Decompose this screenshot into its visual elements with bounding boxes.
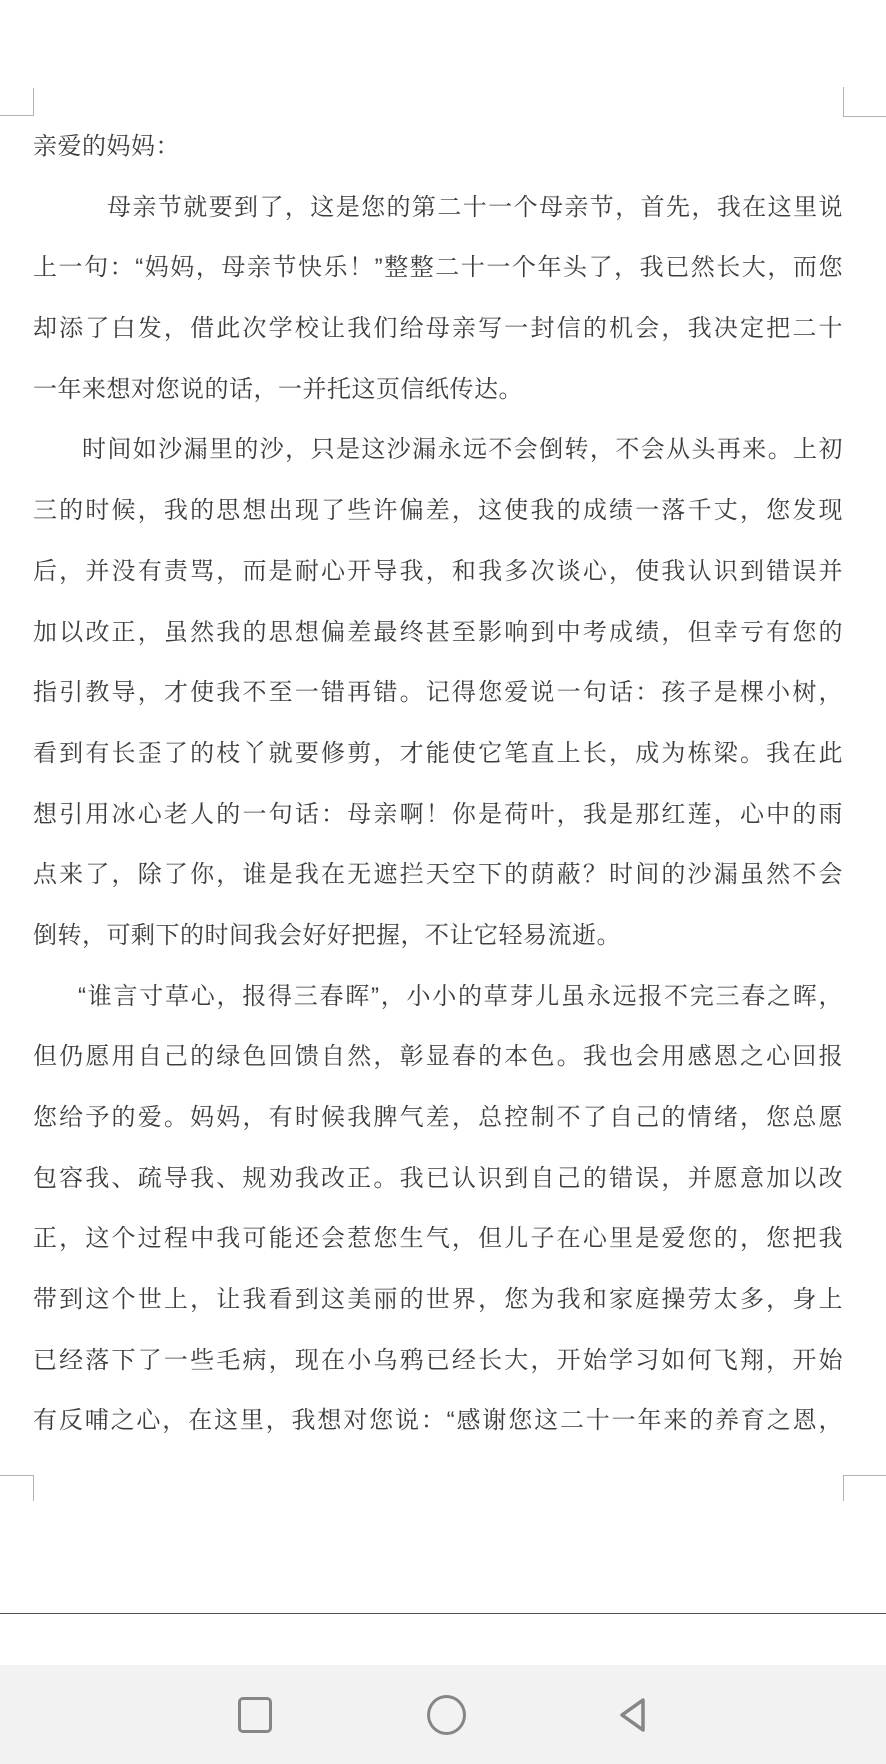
letter-body: 母亲节就要到了，这是您的第二十一个母亲节，首先，我在这里说上一句：“妈妈，母亲节… bbox=[33, 178, 843, 1452]
letter-line: 时间如沙漏里的沙，只是这沙漏永远不会倒转，不会从头再来。上初 bbox=[33, 420, 843, 481]
page-corner-mark-top-left bbox=[0, 88, 34, 116]
back-triangle-icon bbox=[615, 1693, 651, 1737]
letter-line: 想引用冰心老人的一句话：母亲啊！你是荷叶，我是那红莲，心中的雨 bbox=[33, 785, 843, 846]
letter-line: 加以改正，虽然我的思想偏差最终甚至影响到中考成绩，但幸亏有您的 bbox=[33, 603, 843, 664]
letter-line: “谁言寸草心，报得三春晖”，小小的草芽儿虽永远报不完三春之晖， bbox=[33, 967, 843, 1028]
letter-line: 点来了，除了你，谁是我在无遮拦天空下的荫蔽？时间的沙漏虽然不会 bbox=[33, 845, 843, 906]
home-button[interactable] bbox=[406, 1665, 486, 1764]
letter-salutation: 亲爱的妈妈： bbox=[33, 117, 843, 178]
letter-line: 倒转，可剩下的时间我会好好把握，不让它轻易流逝。 bbox=[33, 906, 843, 967]
letter-line: 带到这个世上，让我看到这美丽的世界，您为我和家庭操劳太多，身上 bbox=[33, 1270, 843, 1331]
letter-line: 指引教导，才使我不至一错再错。记得您爱说一句话：孩子是棵小树， bbox=[33, 663, 843, 724]
letter-line: 有反哺之心，在这里，我想对您说：“感谢您这二十一年来的养育之恩， bbox=[33, 1391, 843, 1452]
back-button[interactable] bbox=[593, 1665, 673, 1764]
recents-square-icon bbox=[238, 1697, 272, 1733]
letter-line: 三的时候，我的思想出现了些许偏差，这使我的成绩一落千丈，您发现 bbox=[33, 481, 843, 542]
home-circle-icon bbox=[427, 1695, 466, 1735]
page-corner-mark-bottom-right bbox=[843, 1475, 886, 1501]
letter-line: 母亲节就要到了，这是您的第二十一个母亲节，首先，我在这里说 bbox=[33, 178, 843, 239]
recents-button[interactable] bbox=[215, 1665, 295, 1764]
letter-line: 您给予的爱。妈妈，有时候我脾气差，总控制不了自己的情绪，您总愿 bbox=[33, 1088, 843, 1149]
letter-line: 后，并没有责骂，而是耐心开导我，和我多次谈心，使我认识到错误并 bbox=[33, 542, 843, 603]
letter-line: 看到有长歪了的枝丫就要修剪，才能使它笔直上长，成为栋梁。我在此 bbox=[33, 724, 843, 785]
letter-line: 一年来想对您说的话，一并托这页信纸传达。 bbox=[33, 360, 843, 421]
letter-line: 包容我、疏导我、规劝我改正。我已认识到自己的错误，并愿意加以改 bbox=[33, 1149, 843, 1210]
document-viewer[interactable]: 亲爱的妈妈： 母亲节就要到了，这是您的第二十一个母亲节，首先，我在这里说上一句：… bbox=[0, 0, 886, 1665]
page-corner-mark-top-right bbox=[843, 87, 886, 117]
content-bottom-divider bbox=[0, 1613, 886, 1614]
letter-line: 正，这个过程中我可能还会惹您生气，但儿子在心里是爱您的，您把我 bbox=[33, 1209, 843, 1270]
letter-line: 上一句：“妈妈，母亲节快乐！”整整二十一个年头了，我已然长大，而您 bbox=[33, 238, 843, 299]
phone-screen: 亲爱的妈妈： 母亲节就要到了，这是您的第二十一个母亲节，首先，我在这里说上一句：… bbox=[0, 0, 886, 1764]
android-navigation-bar bbox=[0, 1665, 886, 1764]
letter-line: 但仍愿用自己的绿色回馈自然，彰显春的本色。我也会用感恩之心回报 bbox=[33, 1027, 843, 1088]
page-corner-mark-bottom-left bbox=[0, 1475, 34, 1501]
letter-line: 已经落下了一些毛病，现在小乌鸦已经长大，开始学习如何飞翔，开始 bbox=[33, 1331, 843, 1392]
letter-line: 却添了白发，借此次学校让我们给母亲写一封信的机会，我决定把二十 bbox=[33, 299, 843, 360]
letter-content: 亲爱的妈妈： 母亲节就要到了，这是您的第二十一个母亲节，首先，我在这里说上一句：… bbox=[33, 117, 843, 1452]
